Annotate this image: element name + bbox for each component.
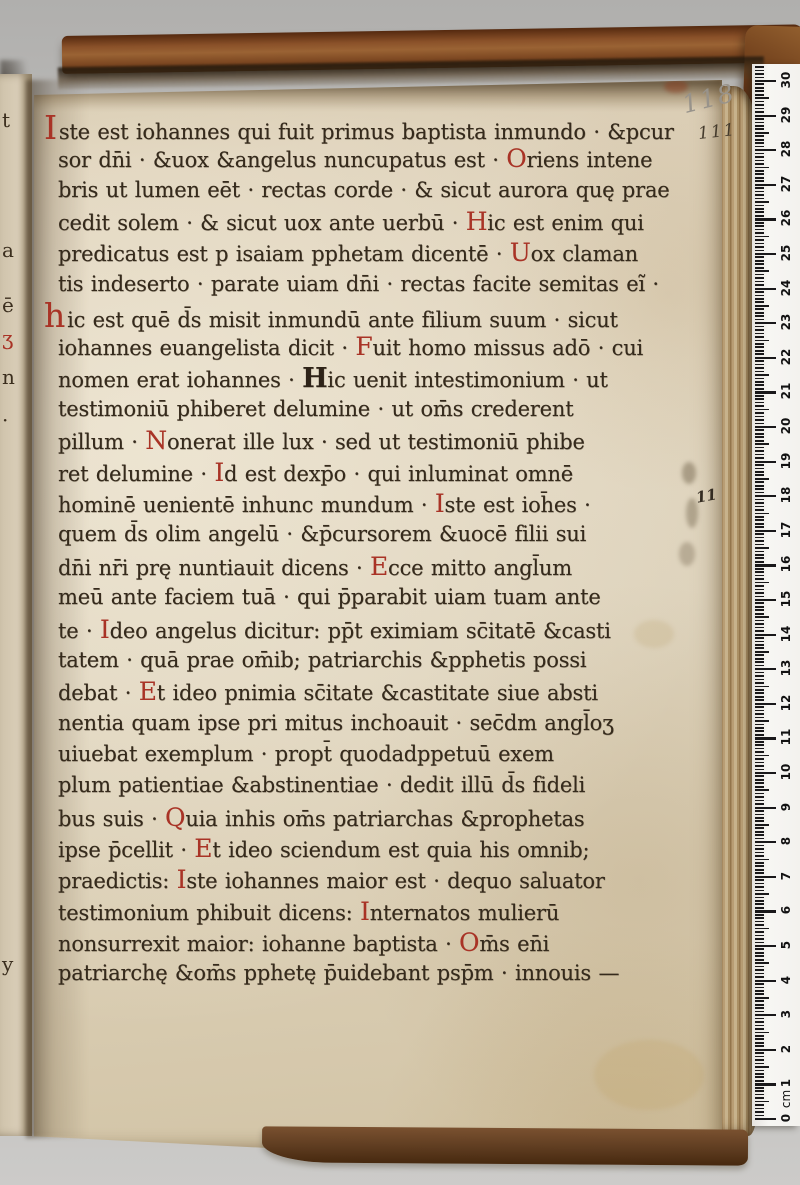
ruler-tick [755,395,764,397]
rubric-initial: I [435,489,445,518]
ruler-tick [755,879,764,881]
ruler-tick [755,478,769,480]
manuscript-text: uit homo missus adō · cui [373,336,644,360]
ruler-tick [755,101,764,103]
ruler-number: 30 [779,69,795,91]
ruler-tick [755,232,764,234]
manuscript-line: cedit solem · & sicut uox ante uerbū · H… [58,206,658,237]
ruler-number: 21 [779,380,795,402]
ruler-tick [755,886,764,888]
manuscript-line: uiuebat exemplum · propt̄ quodadppetuū e… [58,739,658,770]
manuscript-text: cedit solem · & sicut uox ante uerbū · [58,211,466,235]
ruler-tick [755,1038,764,1040]
ruler-tick [755,530,776,532]
manuscript-text: m̄s en̄i [479,932,549,956]
ruler-tick [755,333,764,335]
manuscript-text: t ideo sciendum est quia his omnib; [212,838,589,862]
ruler-number: 4 [779,969,795,991]
ruler-number: 6 [779,899,795,921]
ruler-tick [755,191,764,193]
rubric-initial: E [370,552,388,581]
gutter-text-fragment: n [2,365,15,389]
manuscript-text: deo angelus dicitur: pp̄t eximiam sc̄ita… [110,619,611,643]
manuscript-text: ic est quē d̄s misit inmundū ante filium… [67,308,618,332]
ruler-tick [755,793,764,795]
ruler-tick [755,703,776,705]
ruler-number: 20 [779,415,795,437]
manuscript-text: riens intene [527,148,653,172]
ruler-tick [755,243,764,245]
manuscript-line: Iste est iohannes qui fuit primus baptis… [58,112,658,143]
ruler-tick [755,1011,764,1013]
ruler-tick [755,644,764,646]
ruler-tick [755,686,769,688]
ruler-tick [755,77,764,79]
ruler-tick [755,883,764,885]
ruler-tick [755,786,764,788]
ruler-tick [755,696,764,698]
ruler-tick [755,575,764,577]
ruler-tick [755,748,764,750]
ruler-tick [755,1025,764,1027]
ruler-tick [755,876,776,878]
ruler-tick [755,461,776,463]
ruler-number: 25 [779,242,795,264]
ruler-tick [755,997,769,999]
ruler-tick [755,1056,764,1058]
ruler-number: 8 [779,830,795,852]
manuscript-text: nomen erat iohannes · [58,368,302,392]
manuscript-text: hominē uenientē inhunc mundum · [58,493,435,517]
ruler-tick [755,253,776,255]
ruler-number: 28 [779,138,795,160]
ruler-tick [755,263,764,265]
ruler-tick [755,118,764,120]
ruler-tick [755,471,764,473]
ruler-tick [755,734,764,736]
ruler-tick [755,935,764,937]
ruler-tick [755,1101,769,1103]
manuscript-text: uia inhis om̄s patriarchas &prophetas [185,807,584,831]
ruler-tick [755,526,764,528]
ruler-tick [755,184,776,186]
ruler-tick [755,758,764,760]
ruler-tick [755,724,764,726]
ruler-tick [755,942,764,944]
ruler-tick [755,340,769,342]
ruler-tick [755,730,764,732]
ruler-tick [755,744,764,746]
ruler-tick [755,917,764,919]
ruler-tick [755,647,764,649]
ruler-tick [755,1083,776,1085]
ruler-tick [755,1059,764,1061]
ruler-number: 12 [779,692,795,714]
ruler-tick [755,426,776,428]
manuscript-line: hic est quē d̄s misit inmundū ante filiu… [58,300,658,331]
gutter-text-fragment: a [2,238,14,262]
rubric-initial: h [44,296,65,335]
ruler-tick [755,485,764,487]
ruler-tick [755,308,764,310]
ruler-tick [755,378,764,380]
manuscript-text: nentia quam ipse pri mitus inchoauit · s… [58,711,614,735]
ruler-tick [755,516,764,518]
ruler-tick [755,281,764,283]
ruler-tick [755,177,764,179]
manuscript-text: tis indeserto · parate uiam dn̄i · recta… [58,272,659,296]
margin-mark: 11 [695,485,719,506]
ruler-tick [755,336,764,338]
ruler-tick [755,1094,764,1096]
ruler-tick [755,506,764,508]
ruler-tick [755,796,764,798]
manuscript-line: testimonium phibuit dicens: Internatos m… [58,896,658,927]
ruler-tick [755,429,764,431]
manuscript-text: debat · [58,681,139,705]
ruler-tick [755,187,764,189]
ruler-tick [755,402,764,404]
ruler-tick [755,675,764,677]
ruler-tick [755,1108,764,1110]
ruler-tick [755,533,764,535]
ruler-tick [755,890,764,892]
ruler-tick [755,87,764,89]
ruler-tick [755,447,764,449]
gutter-text-fragment: t [2,108,10,132]
ruler-tick [755,135,764,137]
ruler-tick [755,609,764,611]
manuscript-line: iohannes euangelista dicit · Fuit homo m… [58,331,658,362]
manuscript-line: plum patientiae &abstinentiae · dedit il… [58,770,658,801]
ruler-tick [755,277,764,279]
ruler-tick [755,371,764,373]
ruler-tick [755,547,769,549]
rubric-initial: I [177,865,187,894]
ruler-number: 9 [779,796,795,818]
manuscript-text: iohannes euangelista dicit · [58,336,355,360]
ruler-tick [755,817,764,819]
ruler-tick [755,513,769,515]
manuscript-line: bus suis · Quia inhis om̄s patriarchas &… [58,802,658,833]
stain [594,1040,704,1110]
manuscript-text-block: Iste est iohannes qui fuit primus baptis… [58,112,658,990]
ruler-tick [755,436,764,438]
ruler-tick [755,564,776,566]
gutter-text-fragment: ē [2,293,14,317]
ruler-number: 14 [779,623,795,645]
ruler-tick [755,1063,764,1065]
ruler-tick [755,115,776,117]
ruler-tick [755,405,764,407]
ruler-tick [755,589,764,591]
ruler-tick [755,80,776,82]
ruler-tick [755,205,764,207]
ruler-tick [755,641,764,643]
ruler-tick [755,969,764,971]
ruler-tick [755,848,764,850]
ruler-tick [755,97,769,99]
manuscript-line: debat · Et ideo pnimia sc̄itate &castita… [58,676,658,707]
ruler-tick [755,668,776,670]
ruler-tick [755,104,764,106]
ruler-tick [755,125,764,127]
ruler-tick [755,454,764,456]
ruler-tick [755,1115,764,1117]
ruler-tick [755,90,764,92]
ruler-tick [755,163,764,165]
ruler-tick [755,720,769,722]
ruler-tick [755,616,769,618]
ruler-number: 22 [779,346,795,368]
ruler-number: 16 [779,553,795,575]
rubric-initial: U [510,238,531,267]
ruler-tick [755,1118,776,1120]
ruler-tick [755,945,776,947]
ruler-tick [755,938,764,940]
ruler-tick [755,661,764,663]
ruler-tick [755,312,764,314]
ruler-tick [755,398,764,400]
ruler-tick [755,170,764,172]
rubric-initial: I [100,615,110,644]
ruler-tick [755,706,764,708]
ruler-tick [755,391,776,393]
ruler-tick [755,551,764,553]
ruler-tick [755,270,769,272]
manuscript-text: bus suis · [58,807,165,831]
ruler-tick [755,409,769,411]
ruler-tick [755,658,764,660]
ruler-tick [755,620,764,622]
ruler-number: 5 [779,934,795,956]
ruler-tick [755,692,764,694]
ruler-tick [755,993,764,995]
ruler-tick [755,959,764,961]
ruler-tick [755,987,764,989]
ruler-tick [755,225,764,227]
manuscript-line: quem d̄s olim angelū · &p̄cursorem &uocē… [58,519,658,550]
gutter-text-fragment: y [2,952,13,976]
ruler-tick [755,1070,764,1072]
ruler-tick [755,329,764,331]
rubric-initial: O [506,144,526,173]
rubric-initial: I [214,458,224,487]
ruler-tick [755,865,764,867]
gutter-text-fragment: ʒ [2,326,13,350]
ruler-tick [755,215,764,217]
ruler-tick [755,820,764,822]
ruler-tick [755,630,764,632]
ruler-tick [755,1035,764,1037]
rubric-initial: H [302,363,327,394]
ruler-tick [755,910,776,912]
manuscript-text: meū ante faciem tuā · qui p̄parabit uiam… [58,585,601,609]
manuscript-text: sor dn̄i · &uox &angelus nuncupatus est … [58,148,506,172]
ruler-tick [755,1021,764,1023]
ruler-tick [755,907,764,909]
rubric-initial: Q [165,803,185,832]
manuscript-text: nonsurrexit maior: iohanne baptista · [58,932,459,956]
ruler-tick [755,94,764,96]
ruler-tick [755,246,764,248]
ruler-tick [755,665,764,667]
ruler-number: 24 [779,277,795,299]
ruler-tick [755,149,776,151]
ruler-tick [755,779,764,781]
ruler-tick [755,250,764,252]
ruler-tick [755,554,764,556]
ruler-tick [755,990,764,992]
ruler-tick [755,769,764,771]
ruler-tick [755,921,764,923]
ruler-number: 19 [779,450,795,472]
ruler-tick [755,128,764,130]
ruler-tick [755,1018,764,1020]
ruler-tick [755,167,769,169]
ruler-tick [755,160,764,162]
manuscript-line: tis indeserto · parate uiam dn̄i · recta… [58,269,658,300]
rubric-initial: N [145,426,167,455]
ruler-tick [755,924,764,926]
manuscript-line: nonsurrexit maior: iohanne baptista · Om… [58,927,658,958]
ruler-tick [755,267,764,269]
ruler-number: 2 [779,1038,795,1060]
ruler-tick [755,772,776,774]
manuscript-line: praedictis: Iste iohannes maior est · de… [58,864,658,895]
manuscript-text: pillum · [58,430,145,454]
ruler-tick [755,1028,764,1030]
ruler-tick [755,364,764,366]
ruler-tick [755,1073,764,1075]
ruler-tick [755,869,764,871]
ruler-number: 27 [779,173,795,195]
ruler-tick [755,973,764,975]
rubric-initial: E [194,834,212,863]
ruler-tick [755,450,764,452]
ruler-tick [755,599,776,601]
manuscript-line: tatem · quā prae om̄ib; patriarchis &pph… [58,645,658,676]
ruler-tick [755,229,764,231]
ruler-tick [755,1104,764,1106]
manuscript-text: praedictis: [58,869,177,893]
ruler-tick [755,755,769,757]
manuscript-line: predicatus est p isaiam pphetam dicentē … [58,237,658,268]
gutter-text-fragment: · [2,408,8,432]
ruler-tick [755,931,764,933]
ruler-tick [755,737,776,739]
ruler-tick [755,654,764,656]
manuscript-line: sor dn̄i · &uox &angelus nuncupatus est … [58,143,658,174]
ruler-tick [755,596,764,598]
ruler-tick [755,218,776,220]
ruler-tick [755,416,764,418]
ruler-tick [755,468,764,470]
ruler-tick [755,672,764,674]
ruler-number: 7 [779,865,795,887]
manuscript-text: bris ut lumen eēt · rectas corde · & sic… [58,178,670,202]
ruler-tick [755,602,764,604]
rubric-initial: I [360,897,370,926]
ruler-tick [755,298,764,300]
manuscript-text: d est dexp̄o · qui inluminat omnē [224,462,573,486]
ruler-tick [755,381,764,383]
ruler-tick [755,807,776,809]
ruler-tick [755,274,764,276]
ruler-tick [755,474,764,476]
ruler-number: 11 [779,726,795,748]
ruler-tick [755,326,764,328]
manuscript-line: ipse p̄cellit · Et ideo sciendum est qui… [58,833,658,864]
ruler-tick [755,831,764,833]
ruler-tick [755,319,764,321]
ruler-tick [755,852,764,854]
ruler-tick [755,966,764,968]
ruler-tick [755,198,764,200]
ruler-tick [755,955,764,957]
rubric-initial: H [466,207,488,236]
ruler-tick [755,568,764,570]
ruler-tick [755,350,764,352]
ruler-tick [755,741,764,743]
book-cover-bottom-edge [262,1126,748,1165]
ruler-tick [755,540,764,542]
ruler-tick [755,1066,769,1068]
ruler-tick [755,201,769,203]
ruler-tick [755,353,764,355]
ruler-tick [755,211,764,213]
ruler-tick [755,983,764,985]
ruler-tick [755,800,764,802]
ruler-tick [755,111,764,113]
ruler-tick [755,682,764,684]
manuscript-line: nentia quam ipse pri mitus inchoauit · s… [58,708,658,739]
ruler-tick [755,284,764,286]
ruler-tick [755,893,769,895]
ruler-tick [755,108,764,110]
manuscript-text: ipse p̄cellit · [58,838,194,862]
ruler-tick [755,180,764,182]
ruler-tick [755,834,764,836]
ruler-tick [755,70,764,72]
ruler-tick [755,862,764,864]
ruler-tick [755,315,764,317]
ruler-tick [755,1000,764,1002]
ruler-tick [755,613,764,615]
manuscript-text: patriarchę &om̄s pphetę p̄uidebant psp̄m… [58,961,619,985]
manuscript-text: ox claman [531,242,638,266]
ruler-tick [755,1111,764,1113]
manuscript-text: testimonium phibuit dicens: [58,901,360,925]
ruler-tick [755,301,764,303]
rubric-initial: F [355,332,372,361]
manuscript-text: ic uenit intestimonium · ut [327,368,607,392]
ruler-tick [755,419,764,421]
ruler-tick [755,585,764,587]
ruler-tick [755,782,764,784]
ruler-tick [755,845,764,847]
ruler-tick [755,360,764,362]
folio-number-ink: 111 [697,120,737,144]
ruler-tick [755,578,764,580]
ruler-tick [755,980,776,982]
ruler-number: 23 [779,311,795,333]
ruler-tick [755,156,764,158]
manuscript-text: quem d̄s olim angelū · &p̄cursorem &uocē… [58,522,586,546]
ruler-tick [755,544,764,546]
manuscript-text: onerat ille lux · sed ut testimoniū phib… [167,430,585,454]
ruler-tick [755,443,769,445]
